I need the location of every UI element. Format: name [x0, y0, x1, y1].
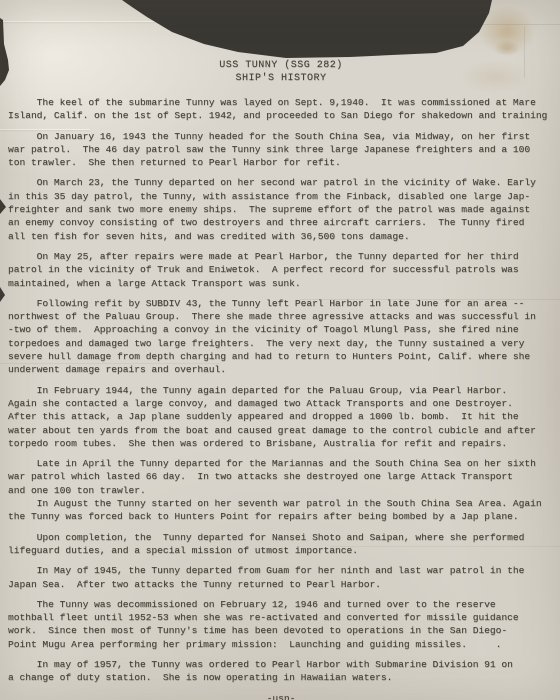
document-title: USS TUNNY (SSG 282) SHIP'S HISTORY: [8, 60, 554, 85]
history-paragraph: The keel of the submarine Tunny was laye…: [8, 96, 554, 123]
history-paragraph: Following refit by SUBDIV 43, the Tunny …: [8, 297, 554, 377]
history-paragraph: Late in April the Tunny departed for the…: [8, 457, 554, 523]
history-paragraph: In may of 1957, the Tunny was ordered to…: [8, 658, 554, 685]
title-line-1: USS TUNNY (SSG 282): [8, 60, 554, 73]
history-paragraph: On January 16, 1943 the Tunny headed for…: [8, 130, 554, 170]
scanned-page: USS TUNNY (SSG 282) SHIP'S HISTORY The k…: [0, 0, 560, 700]
footer-mark: -usn-: [8, 692, 554, 700]
history-paragraph: In May of 1945, the Tunny departed from …: [8, 564, 554, 591]
history-paragraph: The Tunny was decommissioned on February…: [8, 598, 554, 651]
title-line-2: SHIP'S HISTORY: [8, 73, 554, 86]
history-paragraph: On May 25, after repairs were made at Pe…: [8, 250, 554, 290]
history-paragraph: On March 23, the Tunny departed on her s…: [8, 176, 554, 242]
document-body: USS TUNNY (SSG 282) SHIP'S HISTORY The k…: [0, 0, 560, 700]
history-paragraph: Upon completion, the Tunny departed for …: [8, 531, 554, 558]
history-paragraph: In February 1944, the Tunny again depart…: [8, 384, 554, 450]
